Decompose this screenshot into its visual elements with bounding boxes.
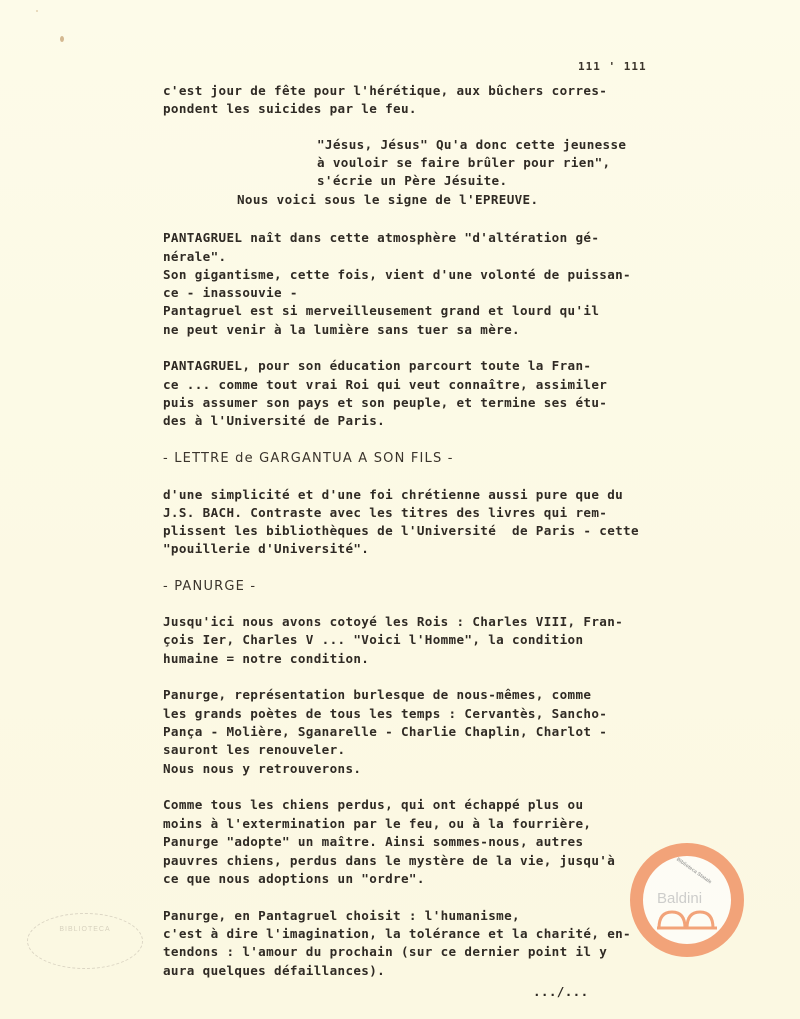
text-line: ne peut venir à la lumière sans tuer sa … xyxy=(163,322,520,338)
text-line: humaine = notre condition. xyxy=(163,651,369,667)
text-line: Son gigantisme, cette fois, vient d'une … xyxy=(163,267,631,283)
text-line: puis assumer son pays et son peuple, et … xyxy=(163,395,607,411)
logo-brand-name: Baldini xyxy=(657,890,702,907)
quote-line: s'écrie un Père Jésuite. xyxy=(317,173,507,189)
section-heading-panurge: - PANURGE - xyxy=(163,579,256,595)
baldini-watermark-logo: Biblioteca Statale Baldini xyxy=(630,843,744,957)
text-line: Comme tous les chiens perdus, qui ont éc… xyxy=(163,797,583,813)
text-line: J.S. BACH. Contraste avec les titres des… xyxy=(163,505,607,521)
text-line: moins à l'extermination par le feu, ou à… xyxy=(163,816,591,832)
document-page: 111 ' 111 c'est jour de fête pour l'héré… xyxy=(0,0,800,1019)
text-line: c'est à dire l'imagination, la tolérance… xyxy=(163,926,631,942)
continuation-mark: .../... xyxy=(533,984,589,1000)
text-line: Pança - Molière, Sganarelle - Charlie Ch… xyxy=(163,724,607,740)
text-line: les grands poètes de tous les temps : Ce… xyxy=(163,706,607,722)
text-line: çois Ier, Charles V ... "Voici l'Homme",… xyxy=(163,632,583,648)
text-line: Panurge, représentation burlesque de nou… xyxy=(163,687,591,703)
text-line: ce - inassouvie - xyxy=(163,285,298,301)
logo-brand-text: Baldini xyxy=(657,890,702,907)
text-line: pondent les suicides par le feu. xyxy=(163,101,417,117)
paper-speck xyxy=(60,36,64,42)
text-line: d'une simplicité et d'une foi chrétienne… xyxy=(163,487,623,503)
paper-speck xyxy=(36,10,38,12)
text-line: aura quelques défaillances). xyxy=(163,963,385,979)
stamp-text: BIBLIOTECA xyxy=(28,926,142,933)
text-line: ce que nous adoptions un "ordre". xyxy=(163,871,425,887)
text-line: "pouillerie d'Université". xyxy=(163,541,369,557)
text-line: PANTAGRUEL, pour son éducation parcourt … xyxy=(163,358,591,374)
text-line: des à l'Université de Paris. xyxy=(163,413,385,429)
open-book-icon xyxy=(657,910,717,930)
page-marks: 111 ' 111 xyxy=(578,60,647,73)
quote-line: à vouloir se faire brûler pour rien", xyxy=(317,155,611,171)
text-line: Panurge "adopte" un maître. Ainsi sommes… xyxy=(163,834,583,850)
text-line: tendons : l'amour du prochain (sur ce de… xyxy=(163,944,607,960)
text-line: pauvres chiens, perdus dans le mystère d… xyxy=(163,853,615,869)
quote-line: Nous voici sous le signe de l'EPREUVE. xyxy=(237,192,538,208)
text-line: sauront les renouveler. xyxy=(163,742,345,758)
text-line: c'est jour de fête pour l'hérétique, aux… xyxy=(163,83,607,99)
section-heading-lettre: - LETTRE de GARGANTUA A SON FILS - xyxy=(163,451,454,467)
text-line: Nous nous y retrouverons. xyxy=(163,761,361,777)
text-line: plissent les bibliothèques de l'Universi… xyxy=(163,523,639,539)
quote-line: "Jésus, Jésus" Qu'a donc cette jeunesse xyxy=(317,137,626,153)
text-line: nérale". xyxy=(163,249,226,265)
text-line: Panurge, en Pantagruel choisit : l'human… xyxy=(163,908,520,924)
text-line: Pantagruel est si merveilleusement grand… xyxy=(163,303,599,319)
text-line: ce ... comme tout vrai Roi qui veut conn… xyxy=(163,377,607,393)
text-line: PANTAGRUEL naît dans cette atmosphère "d… xyxy=(163,230,599,246)
faint-library-stamp: BIBLIOTECA xyxy=(27,913,143,969)
text-line: Jusqu'ici nous avons cotoyé les Rois : C… xyxy=(163,614,623,630)
logo-small-text: Biblioteca Statale xyxy=(675,857,713,886)
